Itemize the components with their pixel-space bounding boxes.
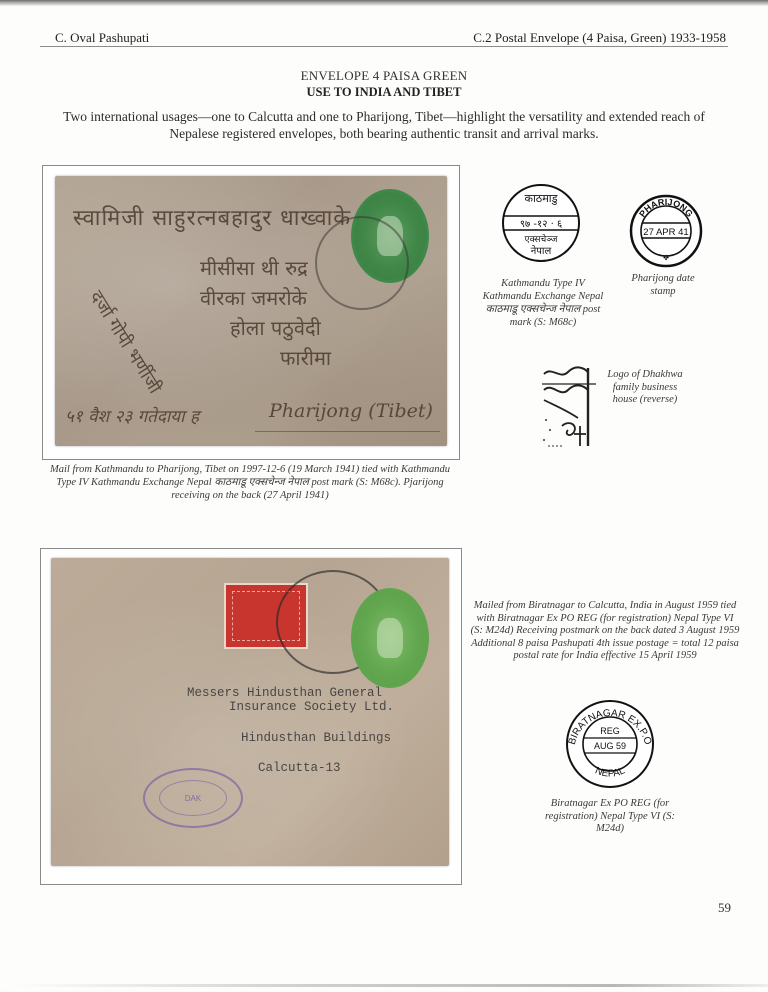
envelope-1-caption: Mail from Kathmandu to Pharijong, Tibet … bbox=[42, 463, 458, 502]
page-number: 59 bbox=[718, 900, 731, 916]
svg-text:AUG 59: AUG 59 bbox=[594, 741, 626, 751]
handwriting-line-4: होला पठुवेदी bbox=[230, 314, 321, 341]
envelope-1-image: स्वामिजी साहुरत्नबहादुर धाख्वाके मीसीसा … bbox=[55, 176, 447, 446]
green-indicium-stamp bbox=[351, 588, 429, 688]
title-line-2: USE TO INDIA AND TIBET bbox=[0, 85, 768, 100]
svg-text:✤: ✤ bbox=[663, 254, 669, 262]
svg-text:REG: REG bbox=[600, 726, 620, 736]
page-top-edge bbox=[0, 0, 768, 6]
envelope-1-frame: स्वामिजी साहुरत्नबहादुर धाख्वाके मीसीसा … bbox=[42, 165, 460, 460]
intro-paragraph: Two international usages—one to Calcutta… bbox=[40, 108, 728, 142]
envelope-2-image: Messers Hindusthan General Insurance Soc… bbox=[51, 558, 449, 866]
page-bottom-edge bbox=[0, 984, 768, 987]
kathmandu-postmark-caption: Kathmandu Type IV Kathmandu Exchange Nep… bbox=[478, 277, 608, 329]
handwriting-line-3: वीरका जमरोके bbox=[200, 284, 307, 311]
cachet-inner: DAK bbox=[159, 780, 227, 816]
handwriting-side-note: दर्जा गोपी भर्णीजी bbox=[85, 286, 167, 398]
handwriting-line-1: स्वामिजी साहुरत्नबहादुर धाख्वाके bbox=[73, 202, 351, 232]
address-line-3: Hindusthan Buildings bbox=[241, 731, 391, 745]
logo-caption: Logo of Dhakhwa family business house (r… bbox=[605, 369, 685, 407]
svg-text:काठमाडु: काठमाडु bbox=[525, 192, 558, 205]
address-line-1: Messers Hindusthan General bbox=[187, 686, 382, 700]
biratnagar-postmark-caption: Biratnagar Ex PO REG (for registration) … bbox=[540, 798, 680, 836]
title-line-1: ENVELOPE 4 PAISA GREEN bbox=[0, 68, 768, 84]
pharijong-postmark-caption: Pharijong date stamp bbox=[618, 272, 708, 298]
dhakhwa-logo-sketch bbox=[538, 360, 606, 448]
pharijong-postmark-illustration: PHARIJONG 27 APR 41 ✤ bbox=[628, 193, 704, 269]
kathmandu-postmark-illustration: काठमाडु ९७ -१२ · ६ एक्सचेञ्ज नेपाल bbox=[500, 182, 582, 264]
header-left-title: C. Oval Pashupati bbox=[55, 30, 149, 46]
envelope-2-caption: Mailed from Biratnagar to Calcutta, Indi… bbox=[470, 600, 740, 663]
handwriting-line-2: मीसीसा थी रुद्र bbox=[200, 254, 308, 281]
svg-text:एक्सचेञ्ज: एक्सचेञ्ज bbox=[525, 233, 558, 245]
svg-text:नेपाल: नेपाल bbox=[531, 245, 552, 257]
underline-stroke bbox=[255, 431, 440, 432]
handwriting-line-5: फारीमा bbox=[280, 344, 331, 371]
sender-cachet: DAK bbox=[143, 768, 243, 828]
header-right-title: C.2 Postal Envelope (4 Paisa, Green) 193… bbox=[473, 30, 726, 46]
svg-text:27 APR 41: 27 APR 41 bbox=[643, 227, 688, 238]
address-line-2: Insurance Society Ltd. bbox=[229, 700, 394, 714]
envelope-2-frame: Messers Hindusthan General Insurance Soc… bbox=[40, 548, 462, 885]
handwriting-destination: Pharijong (Tibet) bbox=[269, 400, 433, 422]
handwriting-bottom-note: ५१ वैश २३ गतेदाया ह bbox=[65, 404, 199, 427]
address-line-4: Calcutta-13 bbox=[258, 761, 341, 775]
page-header: C. Oval Pashupati C.2 Postal Envelope (4… bbox=[40, 26, 728, 47]
pashupati-figure-icon bbox=[377, 618, 403, 658]
biratnagar-postmark-illustration: BIRATNAGAR EX.P.O NEPAL REG AUG 59 bbox=[564, 698, 656, 790]
page-title: ENVELOPE 4 PAISA GREEN USE TO INDIA AND … bbox=[0, 68, 768, 100]
svg-text:९७ -१२ · ६: ९७ -१२ · ६ bbox=[520, 219, 562, 230]
